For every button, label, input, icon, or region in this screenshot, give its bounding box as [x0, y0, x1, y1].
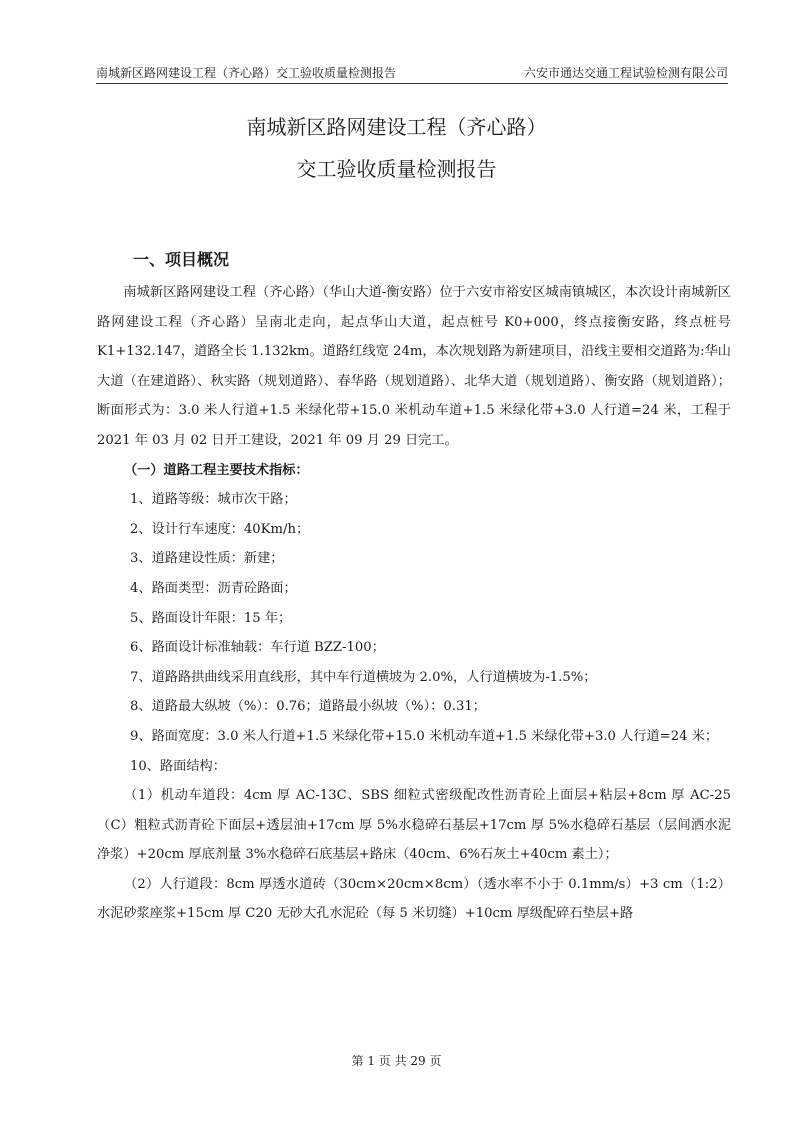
indicator-item: 8、道路最大纵坡（%）：0.76；道路最小纵坡（%）：0.31； [97, 692, 731, 722]
indicator-item: 2、设计行车速度：40Km/h； [97, 515, 731, 545]
indicator-item: 6、路面设计标准轴载：车行道 BZZ-100； [97, 633, 731, 663]
page-header: 南城新区路网建设工程（齐心路）交工验收质量检测报告 六安市通达交通工程试验检测有… [96, 66, 728, 84]
indicator-item: 1、道路等级：城市次干路； [97, 485, 731, 515]
document-title-line2: 交工验收质量检测报告 [0, 153, 793, 182]
pavement-structure-motorway: （1）机动车道段：4cm 厚 AC-13C、SBS 细粒式密级配改性沥青砼上面层… [97, 781, 731, 870]
section-heading-project-overview: 一、项目概况 [133, 247, 229, 270]
project-intro-paragraph: 南城新区路网建设工程（齐心路）（华山大道-衡安路）位于六安市裕安区城南镇城区，本… [97, 278, 731, 456]
pavement-structure-sidewalk: （2）人行道段：8cm 厚透水道砖（30cm×20cm×8cm）（透水率不小于 … [97, 870, 731, 929]
page-number: 第 1 页 共 29 页 [0, 1052, 793, 1069]
indicator-item: 4、路面类型：沥青砼路面； [97, 574, 731, 604]
subsection-heading-technical-indicators: （一）道路工程主要技术指标： [97, 456, 731, 486]
header-company-name: 六安市通达交通工程试验检测有限公司 [524, 66, 728, 81]
document-title-line1: 南城新区路网建设工程（齐心路） [0, 111, 793, 140]
indicator-item: 7、道路路拱曲线采用直线形，其中车行道横坡为 2.0%，人行道横坡为-1.5%； [97, 663, 731, 693]
header-report-title: 南城新区路网建设工程（齐心路）交工验收质量检测报告 [96, 66, 396, 81]
indicator-item: 10、路面结构： [97, 752, 731, 782]
indicator-item: 9、路面宽度：3.0 米人行道+1.5 米绿化带+15.0 米机动车道+1.5 … [97, 722, 731, 752]
indicator-item: 3、道路建设性质：新建； [97, 544, 731, 574]
indicator-item: 5、路面设计年限：15 年； [97, 604, 731, 634]
document-body: 南城新区路网建设工程（齐心路）（华山大道-衡安路）位于六安市裕安区城南镇城区，本… [97, 278, 731, 929]
